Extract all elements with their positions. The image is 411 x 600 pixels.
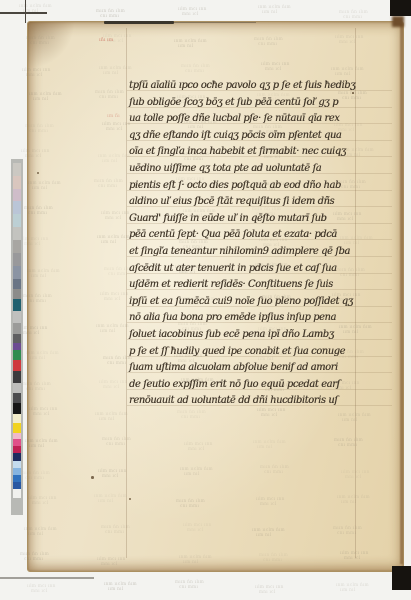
calibration-color-patch — [13, 461, 21, 468]
calibration-color-patch — [13, 468, 21, 475]
manuscript-line: de ſeutio expſſim erit nō ſuo equū pceda… — [129, 377, 361, 394]
manuscript-line: uſdēm et redierit reſidēs· Conſtituens ſ… — [129, 277, 361, 294]
calibration-color-patch — [13, 201, 21, 214]
manuscript-line: ua tolle poſſe dñe lucbal pſe· ſe nūtauī… — [129, 111, 361, 128]
calibration-color-patch — [13, 334, 21, 343]
scan-canvas: ınm ııclm ñımıım nılmıın ñn ılımcnı mmıı… — [0, 0, 411, 600]
ink-speck — [129, 498, 131, 500]
calibration-color-patch — [13, 299, 21, 311]
ghost-text-cluster: mıın ñn ılımcnı mmı — [96, 8, 142, 18]
ghost-text-row: ınm ııclm ñım — [336, 582, 382, 587]
manuscript-line: ſub obligōe ſcoʒ bōʒ et ſub pēā centū ſo… — [129, 95, 361, 112]
ghost-text-row: cnı mmı — [179, 584, 221, 589]
calibration-color-patch — [13, 289, 21, 299]
ghost-text-cluster: ıılm mcı ınnmnı ıcl — [255, 584, 301, 594]
calibration-color-patch — [13, 475, 21, 482]
calibration-color-patch — [13, 253, 21, 266]
corner-fixture-top-right — [390, 0, 411, 16]
red-offset-mark: ıñı ım — [99, 38, 113, 44]
manuscript-line: oīa et ſingľa inca habebit et firmabit· … — [129, 144, 361, 161]
ghost-text-cluster: ınm ııclm ñımıım nıl — [336, 582, 382, 592]
calibration-color-patch — [13, 360, 21, 371]
ghost-text-row: ıım nıl — [340, 587, 382, 592]
ghost-text-cluster: mıın ñn ılımcnı mmı — [175, 579, 221, 589]
ghost-text-row: ıım nıl — [108, 586, 150, 591]
ghost-text-cluster: ıılm mcı ınnmnı ıcl — [27, 583, 73, 593]
calibration-color-patch — [13, 489, 21, 498]
manuscript-text-block: tpſū aīaliū ıpco ocħe pavolo qʒ p ſe et … — [129, 78, 361, 410]
color-calibration-bar — [13, 163, 21, 498]
calibration-color-patch — [13, 214, 21, 227]
ghost-text-cluster: mıın ñn ılımcnı mmı — [339, 9, 385, 19]
manuscript-line: renōuauit ad uoluntatē dd dñi hucdibitor… — [129, 393, 361, 410]
ink-speck — [352, 92, 354, 94]
manuscript-line: pientis eſt ſ· octo dies poſtquā ab eod … — [129, 178, 361, 195]
ink-speck — [37, 172, 39, 174]
calibration-color-patch — [13, 453, 21, 461]
ghost-text-row: ıım nıl — [262, 9, 304, 14]
calibration-color-patch — [13, 176, 21, 189]
calibration-color-patch — [13, 163, 21, 176]
calibration-color-patch — [13, 439, 21, 446]
ghost-text-cluster: ınm ııclm ñımıım nıl — [104, 581, 150, 591]
registration-line-top-horizontal — [0, 12, 47, 14]
calibration-color-patch — [13, 414, 21, 423]
manuscript-line: nō alia ſua bona pro emēde ipſius inſup … — [129, 310, 361, 327]
calibration-color-patch — [13, 279, 21, 289]
manuscript-line: aldino uľ eius ſbcē ſtāt requiſitus ſi i… — [129, 194, 361, 211]
manuscript-line: pēā centū ſept· Qua pēā ſoluta et ezata·… — [129, 227, 361, 244]
calibration-color-patch — [13, 227, 21, 240]
ghost-text-row: ınm ııclm ñım — [104, 581, 150, 586]
calibration-color-patch — [13, 323, 21, 334]
top-edge-crease-mark-faint — [174, 22, 256, 23]
manuscript-line: tpſū aīaliū ıpco ocħe pavolo qʒ p ſe et … — [129, 78, 361, 95]
manuscript-line: ſoluet iacobinus ſub ecē pena ipī dño La… — [129, 327, 361, 344]
manuscript-line: ſuam uſtima alcuolam abſolue benif ad am… — [129, 360, 361, 377]
ghost-text-cluster: ıılm mcı ınnmnı ıcl — [178, 6, 224, 16]
manuscript-line: uēdino uiſſime qʒ tota pte ad uoluntatē … — [129, 161, 361, 178]
calibration-color-patch — [13, 393, 21, 403]
ghost-text-row: ınm ııclm ñım — [258, 4, 304, 9]
registration-line-bottom — [0, 577, 94, 579]
calibration-color-patch — [13, 343, 21, 350]
calibration-color-patch — [13, 350, 21, 360]
calibration-color-patch — [13, 446, 21, 453]
ghost-text-row: cnı mmı — [100, 13, 142, 18]
ghost-text-row: ıılm mcı ınn — [178, 6, 224, 11]
ghost-text-row: cnı mmı — [343, 14, 385, 19]
manuscript-line: Guard' fuiſſe in eūde uľ in qēſto mutarī… — [129, 211, 361, 228]
manuscript-line: ipſū et ea ſumēcā cui9 noīe ſuo pleno po… — [129, 294, 361, 311]
ghost-text-row: mnı ıcl — [182, 11, 224, 16]
calibration-color-patch — [13, 403, 21, 414]
ghost-text-row: mıın ñn ılım — [175, 579, 221, 584]
ink-speck — [91, 476, 94, 479]
manuscript-line: aſcēdit ut ater tenuerit in pdcis ſue et… — [129, 261, 361, 278]
calibration-color-patch — [13, 266, 21, 279]
calibration-color-patch — [13, 311, 21, 323]
ghost-text-row: mıın ñn ılım — [96, 8, 142, 13]
calibration-color-patch — [13, 383, 21, 393]
calibration-color-patch — [13, 423, 21, 433]
page-right-edge-shadow — [400, 24, 403, 564]
ghost-text-row: mnı ıcl — [31, 588, 73, 593]
calibration-color-patch — [13, 240, 21, 253]
registration-line-top-vertical — [25, 0, 27, 23]
ghost-text-row: ıılm mcı ınn — [27, 583, 73, 588]
calibration-color-patch — [13, 371, 21, 383]
ghost-text-row: ıılm mcı ınn — [255, 584, 301, 589]
manuscript-line: et ſingľa teneantur nihilomin9 adimplere… — [129, 244, 361, 261]
calibration-color-patch — [13, 482, 21, 489]
ghost-text-cluster: ınm ııclm ñımıım nıl — [258, 4, 304, 14]
ghost-text-row: mıın ñn ılım — [339, 9, 385, 14]
calibration-color-patch — [13, 189, 21, 201]
corner-fixture-bottom-right — [392, 566, 411, 590]
manuscript-line: p ſe et ſſ ħudily qued ipe conabit et ſu… — [129, 344, 361, 361]
manuscript-line: qʒ dñe eſtando iſt cuiqʒ pōcis oīm pſent… — [129, 128, 361, 145]
ghost-text-row: mnı ıcl — [259, 589, 301, 594]
red-offset-mark: ım ñı — [107, 114, 120, 120]
top-edge-crease-mark — [104, 21, 174, 24]
